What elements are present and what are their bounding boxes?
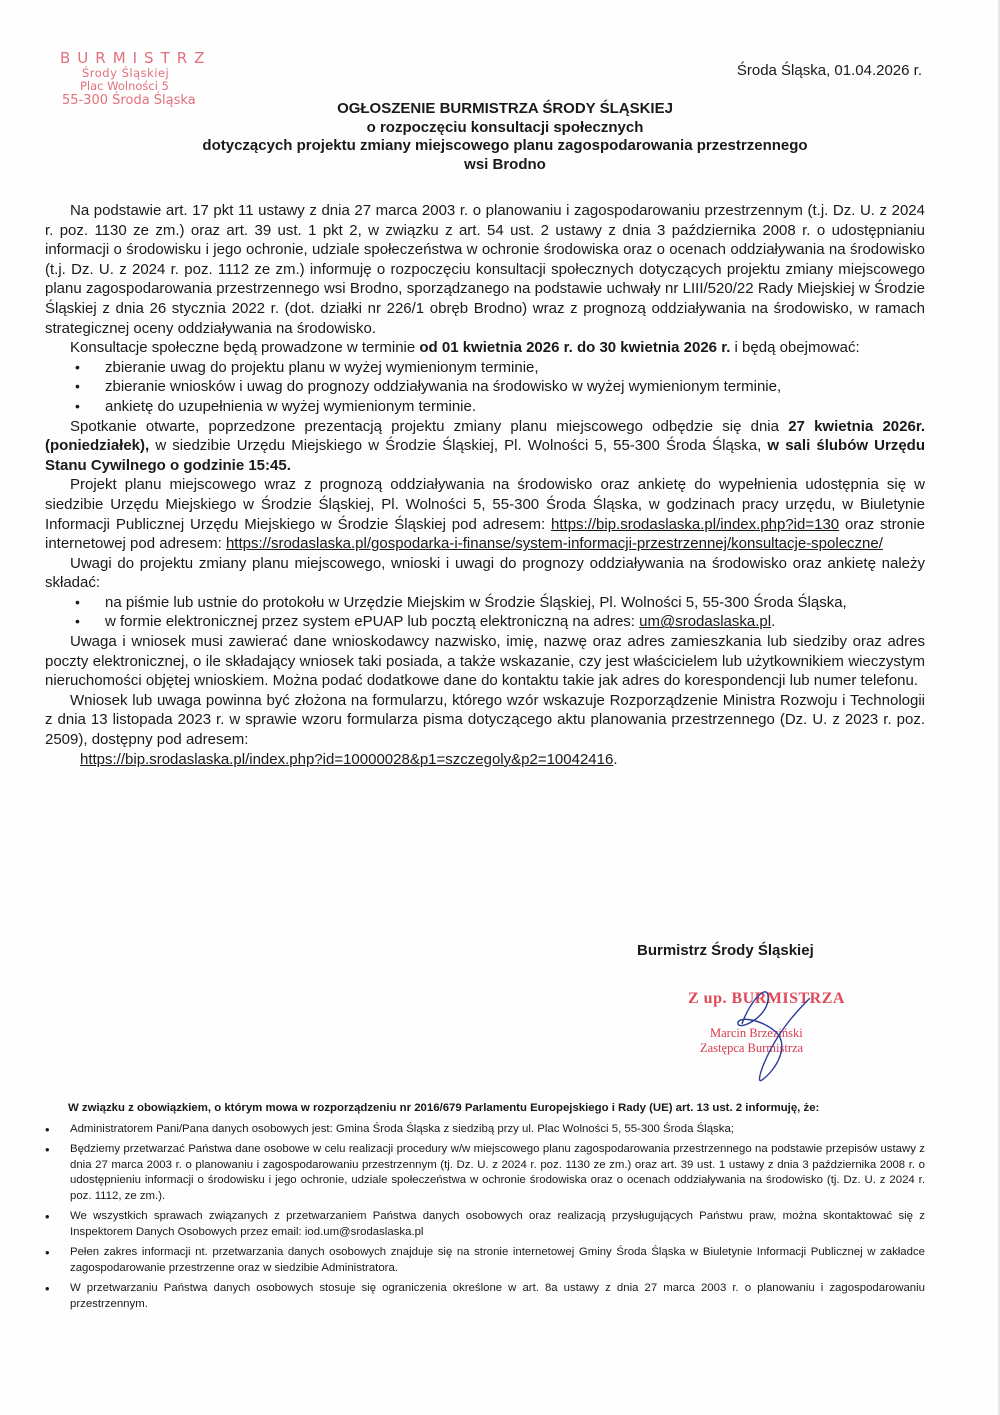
paragraph-consultation-period: Konsultacje społeczne będą prowadzone w … [45, 338, 925, 358]
paragraph-submission: Uwagi do projektu zmiany planu miejscowe… [45, 554, 925, 593]
title-line-2: o rozpoczęciu konsultacji społecznych [120, 119, 890, 138]
text: w formie elektronicznej przez system ePU… [105, 613, 639, 630]
form-link[interactable]: https://bip.srodaslaska.pl/index.php?id=… [80, 751, 613, 768]
paragraph-availability: Projekt planu miejscowego wraz z prognoz… [45, 475, 925, 553]
gdpr-list: Administratorem Pani/Pana danych osobowy… [45, 1122, 925, 1313]
document-body: Na podstawie art. 17 pkt 11 ustawy z dni… [45, 201, 925, 769]
text: w siedzibie Urzędu Miejskiego w Środzie … [149, 437, 767, 454]
stamp-line-1: BURMISTRZ [60, 50, 260, 67]
list-item: Pełen zakres informacji nt. przetwarzani… [45, 1245, 925, 1276]
gdpr-clause: W związku z obowiązkiem, o którym mowa w… [45, 1101, 925, 1317]
title-line-3: dotyczących projektu zmiany miejscowego … [120, 137, 890, 156]
text: Spotkanie otwarte, poprzedzone prezentac… [70, 418, 788, 435]
stamp-line-3: Plac Wolności 5 [60, 80, 260, 93]
consultation-dates: od 01 kwietnia 2026 r. do 30 kwietnia 20… [419, 339, 730, 356]
signature-stamp: Z up. BURMISTRZA Marcin Brzeziński Zastę… [680, 980, 880, 1090]
submission-methods-list: na piśmie lub ustnie do protokołu w Urzę… [45, 593, 925, 632]
paragraph-form: Wniosek lub uwaga powinna być złożona na… [45, 691, 925, 750]
list-item: Będziemy przetwarzać Państwa dane osobow… [45, 1142, 925, 1204]
list-item: We wszystkich sprawach związanych z prze… [45, 1209, 925, 1240]
list-item: W przetwarzaniu Państwa danych osobowych… [45, 1281, 925, 1312]
paragraph-legal-basis: Na podstawie art. 17 pkt 11 ustawy z dni… [45, 201, 925, 338]
paragraph-open-meeting: Spotkanie otwarte, poprzedzone prezentac… [45, 417, 925, 476]
signature-title: Burmistrz Środy Śląskiej [637, 942, 814, 959]
bip-link[interactable]: https://bip.srodaslaska.pl/index.php?id=… [551, 516, 839, 533]
text: . [613, 751, 617, 768]
list-item: ankietę do uzupełnienia w wyżej wymienio… [45, 397, 925, 417]
list-item: na piśmie lub ustnie do protokołu w Urzę… [45, 593, 925, 613]
text: i będą obejmować: [730, 339, 859, 356]
list-item: w formie elektronicznej przez system ePU… [45, 612, 925, 632]
document-title: OGŁOSZENIE BURMISTRZA ŚRODY ŚLĄSKIEJ o r… [120, 100, 890, 174]
title-line-1: OGŁOSZENIE BURMISTRZA ŚRODY ŚLĄSKIEJ [120, 100, 890, 119]
email-link[interactable]: um@srodaslaska.pl [639, 613, 771, 630]
form-link-line: https://bip.srodaslaska.pl/index.php?id=… [45, 750, 925, 770]
list-item: Administratorem Pani/Pana danych osobowy… [45, 1122, 925, 1138]
list-item: zbieranie uwag do projektu planu w wyżej… [45, 358, 925, 378]
gdpr-intro: W związku z obowiązkiem, o którym mowa w… [45, 1101, 925, 1117]
title-line-4: wsi Brodno [120, 156, 890, 175]
handwritten-signature-icon [680, 980, 880, 1090]
paragraph-required-data: Uwaga i wniosek musi zawierać dane wnios… [45, 632, 925, 691]
consultation-scope-list: zbieranie uwag do projektu planu w wyżej… [45, 358, 925, 417]
document-page: BURMISTRZ Środy Śląskiej Plac Wolności 5… [0, 0, 1000, 1415]
document-date: Środa Śląska, 01.04.2026 r. [737, 62, 922, 79]
list-item: zbieranie wniosków i uwag do prognozy od… [45, 377, 925, 397]
text: Konsultacje społeczne będą prowadzone w … [70, 339, 419, 356]
text: . [771, 613, 775, 630]
website-consultation-link[interactable]: https://srodaslaska.pl/gospodarka-i-fina… [226, 535, 883, 552]
